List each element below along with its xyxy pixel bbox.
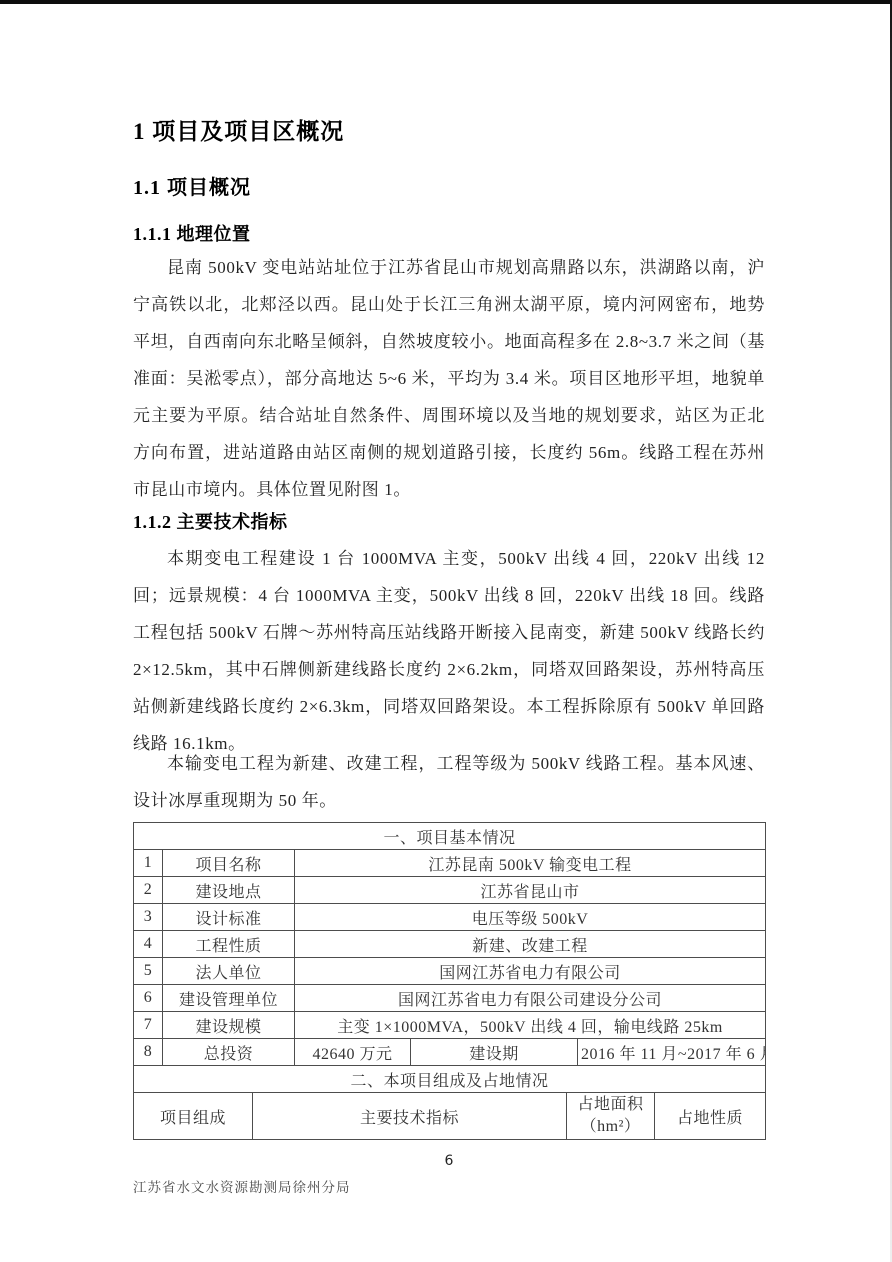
header-land-area-line1: 占地面积	[570, 1094, 651, 1116]
footer-page-number: 6	[133, 1153, 765, 1169]
header-main-tech-indicators: 主要技术指标	[253, 1093, 567, 1140]
paragraph-tech-scale: 本期变电工程建设 1 台 1000MVA 主变，500kV 出线 4 回，220…	[133, 540, 765, 762]
table-section1-title-row: 一、项目基本情况	[134, 823, 766, 850]
header-land-area-line2: （hm²）	[570, 1116, 651, 1138]
heading-subsection-tech: 1.1.2 主要技术指标	[133, 508, 765, 534]
footer-organization: 江苏省水文水资源勘测局徐州分局	[133, 1176, 351, 1196]
composition-header-row: 项目组成 主要技术指标 占地面积 （hm²） 占地性质	[134, 1093, 766, 1140]
table-row: 2 建设地点 江苏省昆山市	[134, 877, 766, 904]
project-info-table: 一、项目基本情况 1 项目名称 江苏昆南 500kV 输变电工程 2 建设地点 …	[133, 822, 766, 1093]
period-label: 建设期	[411, 1039, 578, 1066]
row-value: 国网江苏省电力有限公司	[295, 958, 766, 985]
row-label: 设计标准	[163, 904, 295, 931]
paragraph-project-grade: 本输变电工程为新建、改建工程，工程等级为 500kV 线路工程。基本风速、设计冰…	[133, 745, 765, 819]
row-no: 6	[134, 985, 163, 1012]
row-no: 5	[134, 958, 163, 985]
header-land-nature: 占地性质	[655, 1093, 766, 1140]
header-project-composition: 项目组成	[134, 1093, 253, 1140]
heading-subsection-location: 1.1.1 地理位置	[133, 220, 765, 246]
header-land-area: 占地面积 （hm²）	[567, 1093, 655, 1140]
table-row: 1 项目名称 江苏昆南 500kV 输变电工程	[134, 850, 766, 877]
row-value: 电压等级 500kV	[295, 904, 766, 931]
table-row: 5 法人单位 国网江苏省电力有限公司	[134, 958, 766, 985]
project-info-table-wrap: 一、项目基本情况 1 项目名称 江苏昆南 500kV 输变电工程 2 建设地点 …	[133, 822, 765, 1140]
document-page: 1 项目及项目区概况 1.1 项目概况 1.1.1 地理位置 昆南 500kV …	[0, 0, 892, 1262]
paragraph-location: 昆南 500kV 变电站站址位于江苏省昆山市规划高鼎路以东，洪湖路以南，沪宁高铁…	[133, 249, 765, 508]
table-row-investment: 8 总投资 42640 万元 建设期 2016 年 11 月~2017 年 6 …	[134, 1039, 766, 1066]
table-section2-title-row: 二、本项目组成及占地情况	[134, 1066, 766, 1093]
heading-chapter: 1 项目及项目区概况	[133, 113, 765, 146]
table-section1-title: 一、项目基本情况	[134, 823, 766, 850]
row-no: 8	[134, 1039, 163, 1066]
row-label: 法人单位	[163, 958, 295, 985]
row-no: 4	[134, 931, 163, 958]
table-section2-title: 二、本项目组成及占地情况	[134, 1066, 766, 1093]
row-no: 3	[134, 904, 163, 931]
table-row: 4 工程性质 新建、改建工程	[134, 931, 766, 958]
table-row: 7 建设规模 主变 1×1000MVA，500kV 出线 4 回，输电线路 25…	[134, 1012, 766, 1039]
row-no: 2	[134, 877, 163, 904]
row-label: 总投资	[163, 1039, 295, 1066]
row-value: 主变 1×1000MVA，500kV 出线 4 回，输电线路 25km	[295, 1012, 766, 1039]
investment-value: 42640 万元	[295, 1039, 411, 1066]
heading-section: 1.1 项目概况	[133, 171, 765, 200]
row-label: 工程性质	[163, 931, 295, 958]
scan-edge-top	[0, 0, 892, 4]
row-value: 国网江苏省电力有限公司建设分公司	[295, 985, 766, 1012]
row-value: 江苏省昆山市	[295, 877, 766, 904]
row-label: 建设规模	[163, 1012, 295, 1039]
period-value: 2016 年 11 月~2017 年 6 月	[578, 1039, 766, 1066]
row-no: 7	[134, 1012, 163, 1039]
row-value: 江苏昆南 500kV 输变电工程	[295, 850, 766, 877]
row-label: 建设管理单位	[163, 985, 295, 1012]
row-label: 建设地点	[163, 877, 295, 904]
table-row: 3 设计标准 电压等级 500kV	[134, 904, 766, 931]
row-label: 项目名称	[163, 850, 295, 877]
row-value: 新建、改建工程	[295, 931, 766, 958]
table-row: 6 建设管理单位 国网江苏省电力有限公司建设分公司	[134, 985, 766, 1012]
composition-header-table: 项目组成 主要技术指标 占地面积 （hm²） 占地性质	[133, 1092, 766, 1140]
row-no: 1	[134, 850, 163, 877]
